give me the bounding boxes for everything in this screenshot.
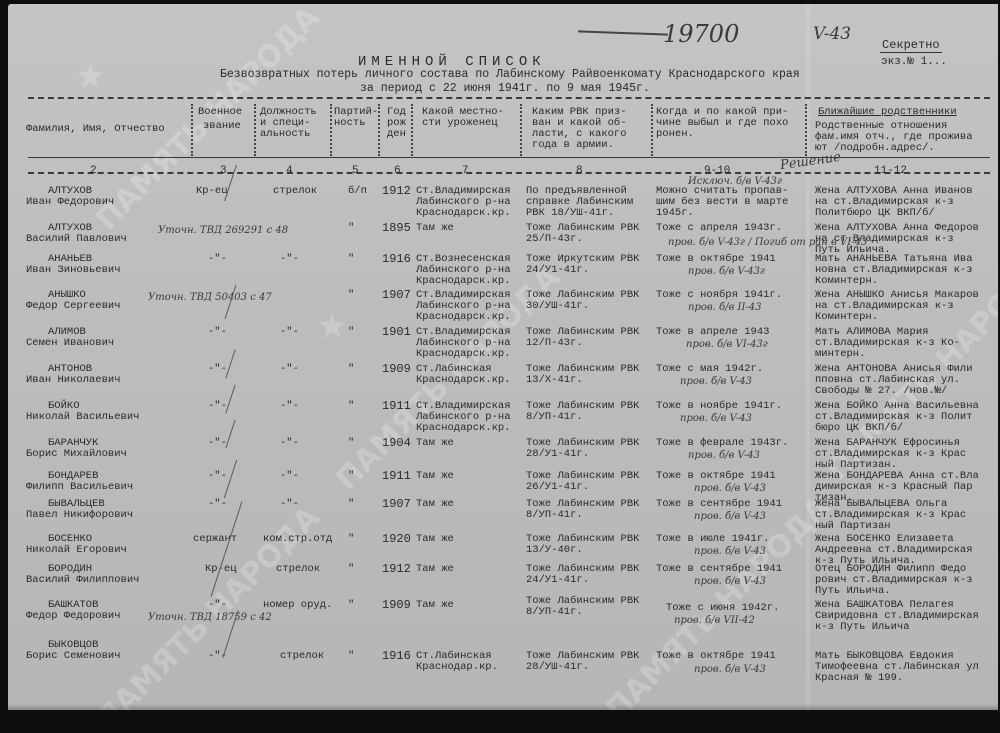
column-separator — [411, 104, 413, 156]
handwritten-note: Уточн. ТВД 50403 с 47 — [148, 292, 272, 303]
birth-year: 1916 — [382, 254, 411, 265]
party: " — [348, 534, 354, 545]
header-rvk-4: года в армии. — [532, 140, 614, 151]
relatives: Свободы № 27. /нов.№/ — [815, 386, 947, 397]
conscription: 13/У-40г. — [526, 545, 583, 556]
specialty: -"- — [280, 364, 299, 375]
birthplace: Там же — [416, 438, 454, 449]
column-number: 4 — [286, 165, 293, 177]
party: " — [348, 564, 354, 575]
check-mark-icon — [225, 350, 235, 379]
loss-info: Тоже с апреля 1943г. — [656, 223, 782, 234]
loss-info: Тоже в сентябре 1941 — [656, 499, 782, 510]
header-rank-1: Военное — [198, 107, 242, 118]
birthplace: Краснодарск.кр. — [416, 312, 511, 323]
header-when-3: ронен. — [656, 129, 694, 140]
header-name: Фамилия, Имя, Отчество — [26, 124, 165, 135]
relatives: к-з Путь Ильича — [815, 622, 910, 633]
rank: Кр-ец — [196, 186, 228, 197]
party: " — [348, 401, 354, 412]
birth-year: 1911 — [382, 401, 411, 412]
document-page: ★ ПАМЯТЬ НАРОДА ★ ПАМЯТЬ НАРОДА ПАМЯТЬ Н… — [8, 4, 998, 710]
header-bottom-rule — [28, 157, 990, 158]
relatives: ный Партизан — [815, 521, 891, 532]
column-separator — [191, 104, 193, 156]
loss-info: Тоже в феврале 1943г. — [656, 438, 788, 449]
given-name: Николай Егорович — [26, 545, 127, 556]
classification-label: Секретно — [880, 38, 942, 53]
specialty: номер оруд. — [263, 600, 332, 611]
loss-info: Тоже в апреле 1943 — [656, 327, 769, 338]
column-number: 6 — [394, 165, 401, 177]
header-kin-title: Ближайшие родственники — [818, 107, 957, 118]
birth-year: 1912 — [382, 564, 411, 575]
column-number: 7 — [462, 165, 469, 177]
handwritten-note: пров. б/в II-43 — [688, 302, 762, 313]
party: " — [348, 651, 354, 662]
column-number: 5 — [352, 165, 359, 177]
party: " — [348, 254, 354, 265]
loss-info: 1945г. — [656, 208, 694, 219]
column-number: 11-12 — [874, 165, 907, 177]
given-name: Федор Федорович — [26, 611, 121, 622]
specialty: -"- — [280, 438, 299, 449]
column-number-rule — [28, 172, 990, 174]
specialty: стрелок — [280, 651, 324, 662]
watermark-star-icon: ★ — [76, 44, 105, 103]
handwritten-note: пров. б/в V-43 — [688, 450, 760, 461]
header-spec-3: альность — [260, 129, 310, 140]
handwritten-note: пров. б/в VII-42 — [674, 615, 755, 626]
handwritten-note: пров. б/в V-43г — [688, 266, 765, 277]
relatives: бюро ЦК ВКП/б/ — [815, 423, 903, 434]
party: б/п — [348, 186, 367, 197]
header-party-2: ность — [334, 118, 366, 129]
column-number: 3 — [220, 165, 227, 177]
handwritten-note: пров. б/в V-43 — [694, 546, 766, 557]
rank: -"- — [208, 600, 227, 611]
given-name: Борис Семенович — [26, 651, 121, 662]
handwritten-note: пров. б/в V-43 — [694, 576, 766, 587]
given-name: Иван Зиновьевич — [26, 265, 121, 276]
loss-info: Тоже с июня 1942г. — [666, 603, 779, 614]
birth-year: 1901 — [382, 327, 411, 338]
header-rank-2: звание — [203, 121, 241, 132]
rank: -"- — [208, 364, 227, 375]
party: " — [348, 438, 354, 449]
check-mark-icon — [225, 420, 235, 449]
specialty: стрелок — [276, 564, 320, 575]
handwritten-note: пров. б/в V-43 — [694, 511, 766, 522]
birthplace: Там же — [416, 499, 454, 510]
given-name: Василий Филиппович — [26, 575, 139, 586]
specialty: -"- — [280, 401, 299, 412]
column-number: 2 — [90, 165, 97, 177]
birth-year: 1895 — [382, 223, 411, 234]
conscription: 28/У1-41г. — [526, 449, 589, 460]
conscription: РВК 18/УШ-41г. — [526, 208, 614, 219]
party: " — [348, 327, 354, 338]
party: " — [348, 290, 354, 301]
given-name: Семен Иванович — [26, 338, 114, 349]
birth-year: 1912 — [382, 186, 411, 197]
loss-info: Тоже в октябре 1941 — [656, 651, 776, 662]
rank: -"- — [208, 254, 227, 265]
archive-code: V-43 — [813, 24, 851, 44]
given-name: Николай Васильевич — [26, 412, 139, 423]
specialty: -"- — [280, 254, 299, 265]
column-separator — [651, 104, 653, 156]
loss-info: Тоже в октябре 1941 — [656, 471, 776, 482]
conscription: 8/УП-41г. — [526, 412, 583, 423]
specialty: ком.стр.отд — [263, 534, 332, 545]
handwritten-signature: Решение — [779, 150, 842, 173]
handwritten-note: пров. б/в V-43 — [680, 413, 752, 424]
birth-year: 1911 — [382, 471, 411, 482]
conscription: 13/Х-41г. — [526, 375, 583, 386]
birthplace: Краснодарск.кр. — [416, 208, 511, 219]
birth-year: 1909 — [382, 600, 411, 611]
given-name: Федор Сергеевич — [26, 301, 121, 312]
loss-info: Тоже с мая 1942г. — [656, 364, 763, 375]
copy-number: экз.№ 1... — [881, 56, 947, 68]
birth-year: 1907 — [382, 290, 411, 301]
party: " — [348, 364, 354, 375]
conscription: 24/У1-41г. — [526, 265, 589, 276]
handwritten-note: пров. б/в V-43 — [694, 483, 766, 494]
column-separator — [378, 104, 380, 156]
loss-info: Тоже в ноябре 1941г. — [656, 401, 782, 412]
given-name: Павел Никифорович — [26, 510, 133, 521]
column-separator — [520, 104, 522, 156]
handwritten-note: пров. б/в V-43 — [680, 376, 752, 387]
birthplace: Там же — [416, 600, 454, 611]
conscription: 30/УШ-41г. — [526, 301, 589, 312]
relatives: Путь Ильича. — [815, 586, 891, 597]
specialty: -"- — [280, 499, 299, 510]
specialty: -"- — [280, 471, 299, 482]
given-name: Филипп Васильевич — [26, 482, 133, 493]
given-name: Иван Николаевич — [26, 375, 121, 386]
conscription: 8/УП-41г. — [526, 510, 583, 521]
loss-info: Тоже в октябре 1941 — [656, 254, 776, 265]
watermark-star-icon: ★ — [318, 294, 347, 353]
birth-year: 1916 — [382, 651, 411, 662]
birthplace: Краснодар.кр. — [416, 662, 498, 673]
rank: -"- — [208, 471, 227, 482]
conscription: 8/УП-41г. — [526, 607, 583, 618]
column-separator — [254, 104, 256, 156]
conscription: 12/П-43г. — [526, 338, 583, 349]
archive-number: 19700 — [663, 20, 739, 48]
birthplace: Краснодарск.кр. — [416, 349, 511, 360]
relatives: Коминтерн. — [815, 312, 878, 323]
birthplace: Краснодарск.кр. — [416, 276, 511, 287]
header-top-rule — [28, 97, 990, 99]
column-separator — [805, 104, 807, 156]
relatives: Красная № 199. — [815, 673, 903, 684]
birthplace: Краснодарск.кр. — [416, 423, 511, 434]
handwritten-note: пров. б/в V-43 — [694, 664, 766, 675]
birthplace: Там же — [416, 564, 454, 575]
relatives: минтерн. — [815, 349, 865, 360]
specialty: -"- — [280, 327, 299, 338]
loss-info: Тоже в сентябре 1941 — [656, 564, 782, 575]
birthplace: Там же — [416, 471, 454, 482]
conscription: 26/У1-41г. — [526, 482, 589, 493]
document-period: за период с 22 июня 1941г. по 9 мая 1945… — [360, 82, 650, 95]
handwritten-note: Уточн. ТВД 18759 с 42 — [148, 612, 272, 623]
loss-info: Тоже в июле 1941г. — [656, 534, 769, 545]
party: " — [348, 600, 354, 611]
loss-info: Тоже с ноября 1941г. — [656, 290, 782, 301]
conscription: 24/У1-41г. — [526, 575, 589, 586]
handwritten-note: Уточн. ТВД 269291 с 48 — [158, 225, 288, 236]
specialty: стрелок — [273, 186, 317, 197]
handwritten-note: пров. б/в VI-43г — [686, 339, 768, 350]
party: " — [348, 223, 354, 234]
relatives: Коминтерн. — [815, 276, 878, 287]
rank: -"- — [208, 401, 227, 412]
rank: -"- — [208, 499, 227, 510]
birth-year: 1907 — [382, 499, 411, 510]
column-separator — [330, 104, 332, 156]
conscription: 25/П-43г. — [526, 234, 583, 245]
header-birth-2: сти уроженец — [422, 118, 498, 129]
header-year-3: ден — [387, 129, 406, 140]
given-name: Василий Павлович — [26, 234, 127, 245]
birth-year: 1909 — [382, 364, 411, 375]
rank: -"- — [208, 327, 227, 338]
birthplace: Там же — [416, 223, 454, 234]
birth-year: 1904 — [382, 438, 411, 449]
party: " — [348, 471, 354, 482]
conscription: 28/УШ-41г. — [526, 662, 589, 673]
birth-year: 1920 — [382, 534, 411, 545]
relatives: Политбюро ЦК ВКП/б/ — [815, 208, 935, 219]
birthplace: Краснодарск.кр. — [416, 375, 511, 386]
party: " — [348, 499, 354, 510]
handwritten-underline — [578, 30, 668, 35]
column-number: 8 — [576, 165, 583, 177]
birthplace: Там же — [416, 534, 454, 545]
given-name: Борис Михайлович — [26, 449, 127, 460]
rank: -"- — [208, 438, 227, 449]
given-name: Иван Федорович — [26, 197, 114, 208]
check-mark-icon — [225, 385, 235, 414]
document-subtitle: Безвозвратных потерь личного состава по … — [220, 68, 800, 81]
